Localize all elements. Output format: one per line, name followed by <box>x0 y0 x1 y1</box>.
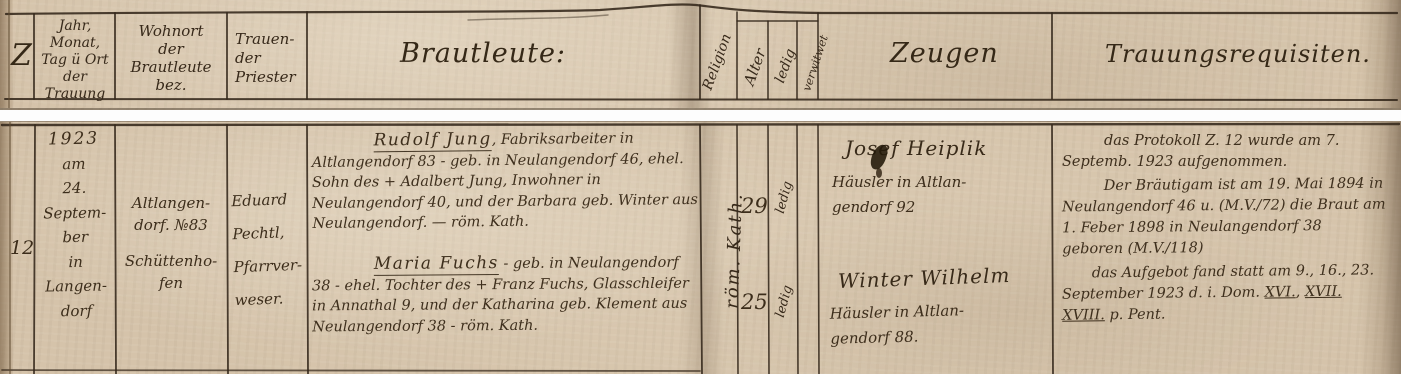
witness1-desc: Häusler in Altlan- gendorf 92 <box>832 170 966 220</box>
row-priest-cell: Eduard Pechtl, Pfarrver- weser. <box>227 183 308 318</box>
banns-sunday-3: XVIII. <box>1062 307 1105 323</box>
requisites-births: Der Bräutigam ist am 19. Mai 1894 in Neu… <box>1062 174 1387 261</box>
register-page: Z Jahr, Monat, Tag ü Ort der Trauung Woh… <box>0 0 1401 374</box>
column-header-witnesses: Zeugen <box>890 38 999 69</box>
row-bride-entry: Maria Fuchs - geb. in Neulangendorf 38 -… <box>312 252 699 338</box>
groom-name: Rudolf Jung <box>373 129 491 152</box>
register-header-strip: Z Jahr, Monat, Tag ü Ort der Trauung Woh… <box>0 0 1401 110</box>
row-bride-age: 25 <box>741 290 768 314</box>
witness2-desc: Häusler in Altlan- gendorf 88. <box>829 298 965 352</box>
column-header-priest: Trauen- der Priester <box>229 30 305 87</box>
register-row-strip: 12 1923 am 24. Septem- ber in Langen- do… <box>0 121 1401 374</box>
groom-details: , Fabriksarbeiter in Altlangendorf 83 - … <box>312 131 698 232</box>
banns-separator-1: , <box>1296 284 1305 300</box>
row-date-cell: 1923 am 24. Septem- ber in Langen- dorf <box>34 126 115 323</box>
bride-details: - geb. in Neulangendorf 38 - ehel. Tocht… <box>312 255 689 335</box>
column-header-requisites: Trauungsrequisiten. <box>1105 40 1371 68</box>
row-residence-cell: Altlangen- dorf. №83 Schüttenho- fen <box>117 192 225 294</box>
bride-name: Maria Fuchs <box>374 253 499 276</box>
column-header-number: Z <box>11 38 33 73</box>
requisites-banns: das Aufgebot fand statt am 9., 16., 23. … <box>1062 260 1387 326</box>
banns-sunday-1: XVI. <box>1264 284 1295 300</box>
banns-sunday-2: XVII. <box>1305 284 1342 300</box>
scan-gap-band <box>0 110 1401 121</box>
row-groom-entry: Rudolf Jung, Fabriksarbeiter in Altlange… <box>311 127 698 235</box>
row-number: 12 <box>10 237 34 259</box>
row-groom-age: 29 <box>741 194 768 218</box>
banns-suffix: p. Pent. <box>1105 307 1166 324</box>
column-header-date: Jahr, Monat, Tag ü Ort der Trauung <box>36 18 114 103</box>
column-header-couple: Brautleute: <box>400 38 566 69</box>
column-header-residence: Wohnort der Brautleute bez. <box>117 22 225 94</box>
witness1-name: Josef Heiplik <box>845 136 987 160</box>
requisites-protocol: das Protokoll Z. 12 wurde am 7. Septemb.… <box>1062 131 1386 173</box>
